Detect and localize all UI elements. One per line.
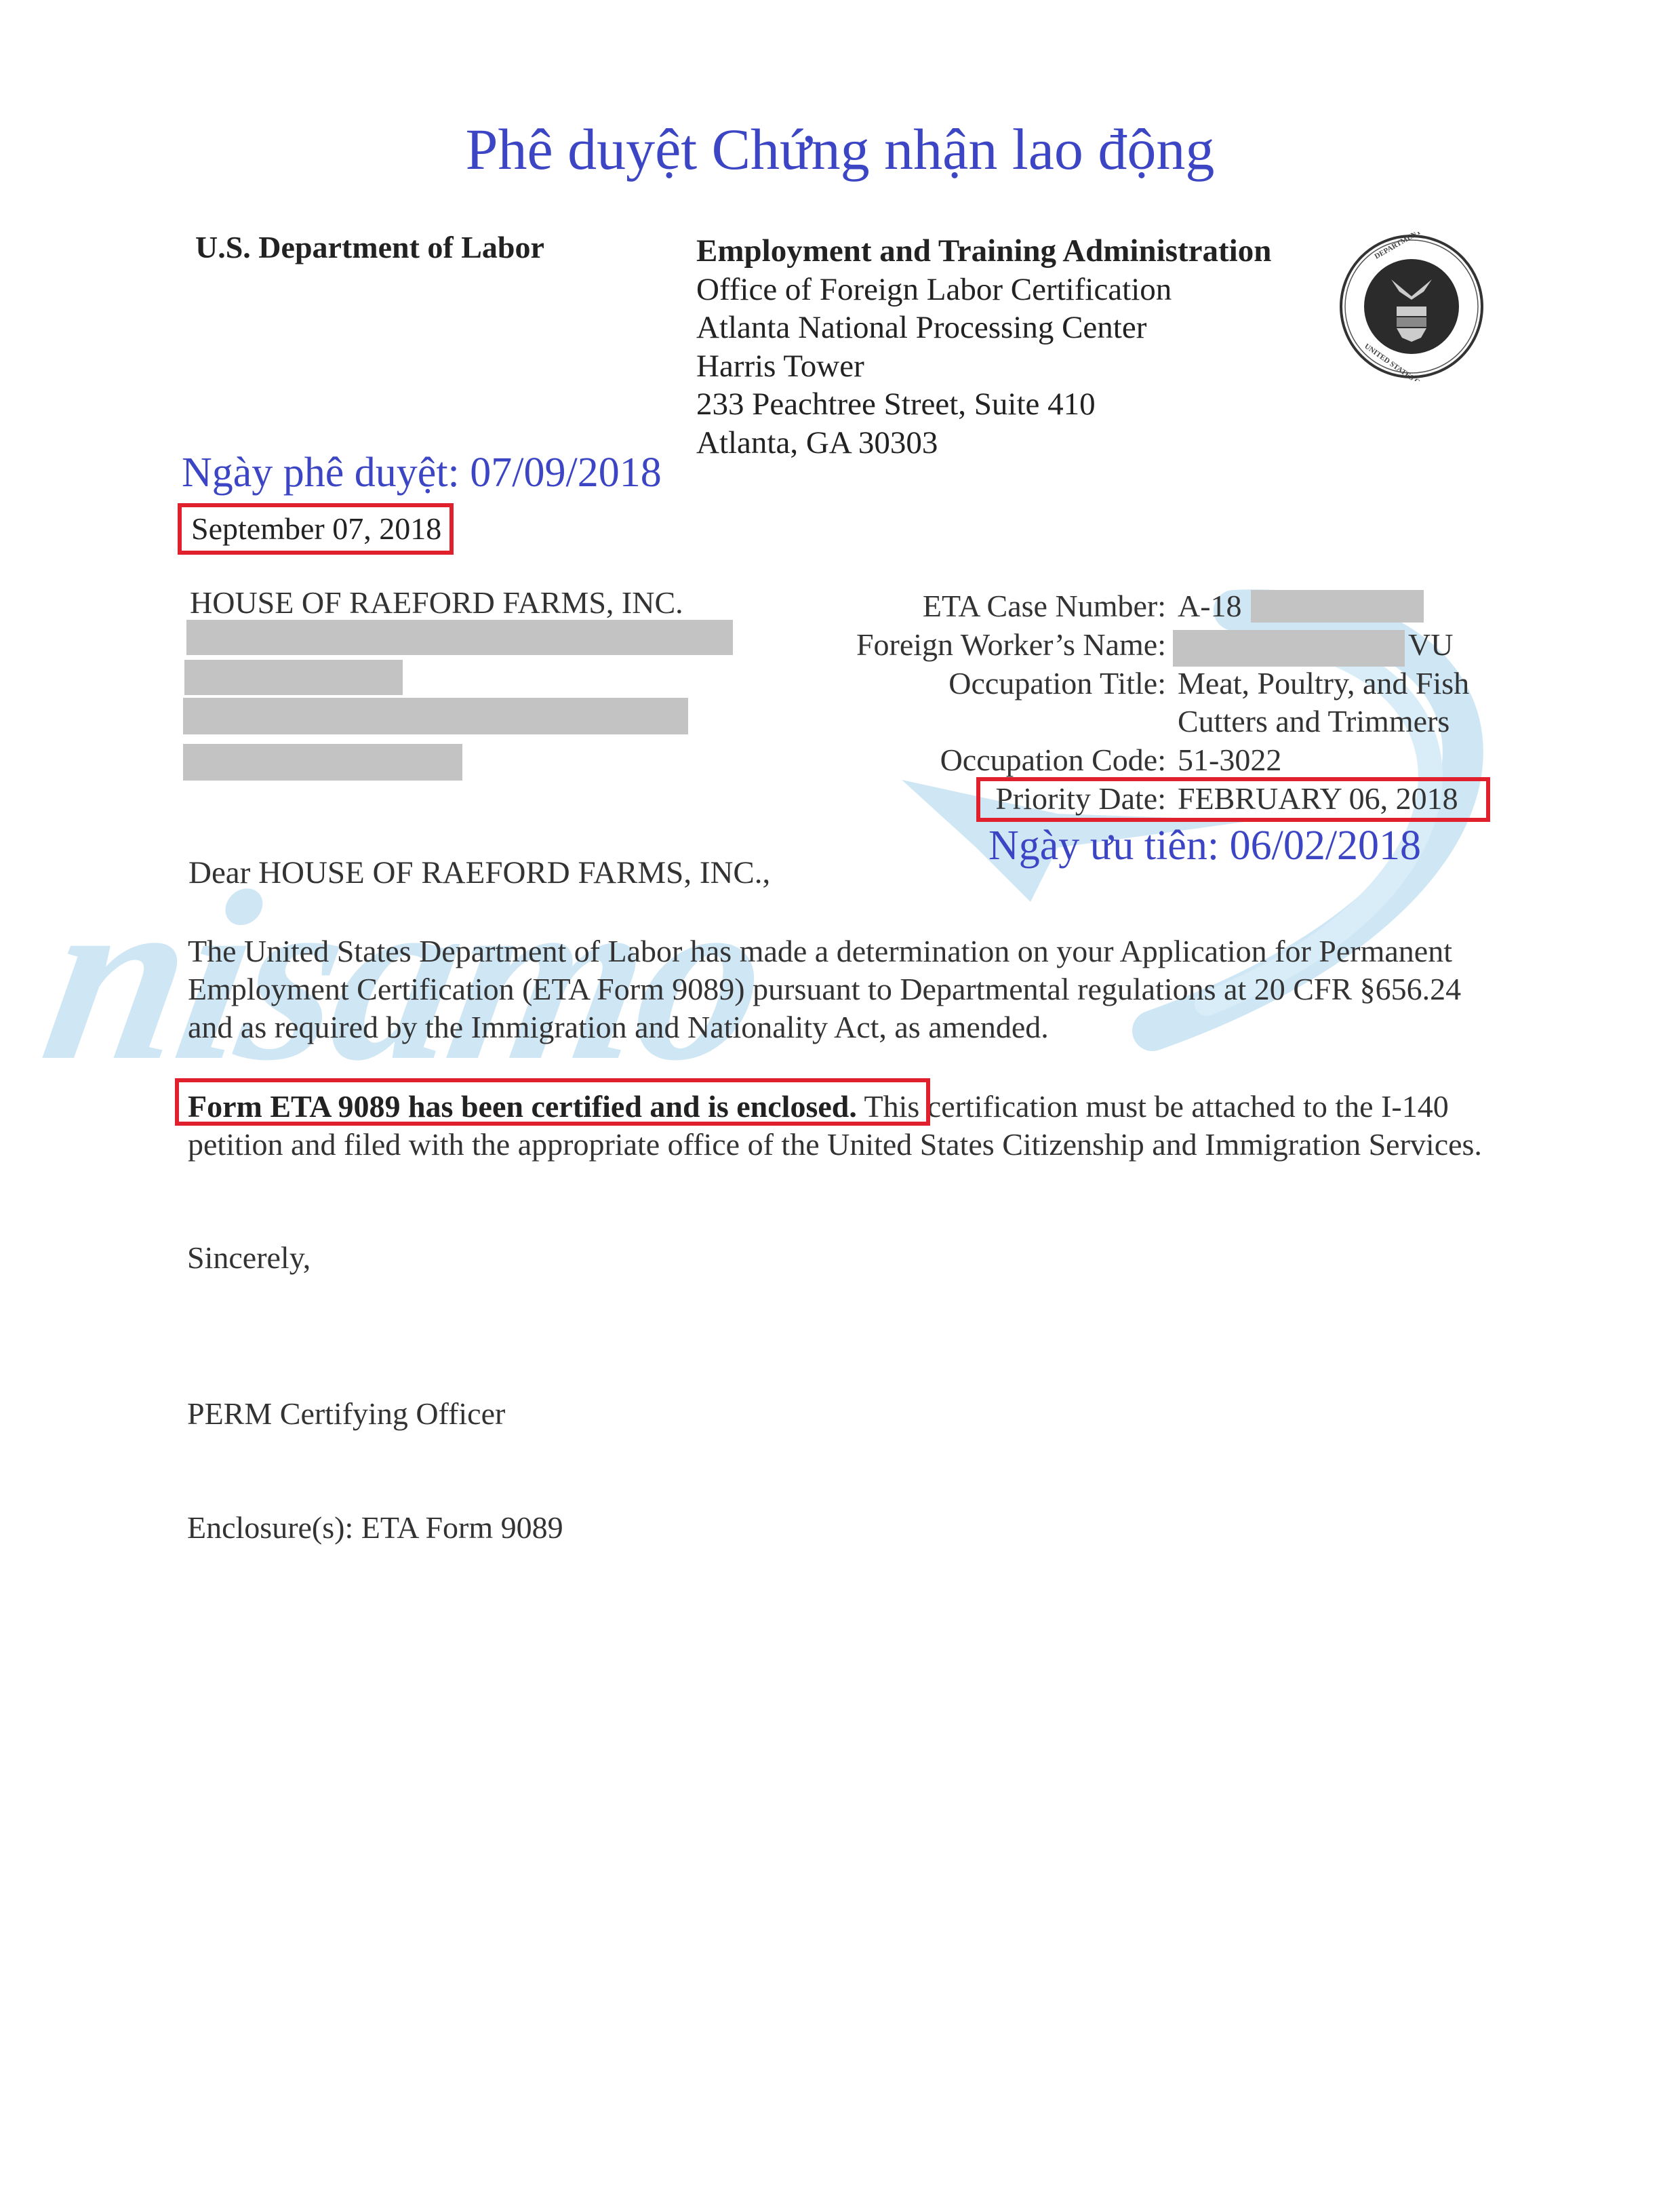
occupation-code-value: 51-3022 <box>1178 741 1469 780</box>
salutation: Dear HOUSE OF RAEFORD FARMS, INC., <box>188 854 770 891</box>
page-title: Phê duyệt Chứng nhận lao động <box>0 115 1680 183</box>
redacted-address-line <box>186 620 733 655</box>
redacted-worker-name <box>1173 630 1405 667</box>
agency-address-block: Employment and Training Administration O… <box>696 232 1271 462</box>
address-line: Atlanta National Processing Center <box>696 309 1271 347</box>
address-line: 233 Peachtree Street, Suite 410 <box>696 385 1271 424</box>
occupation-title-label: Occupation Title: <box>800 665 1166 703</box>
enclosure-line: Enclosure(s): ETA Form 9089 <box>187 1510 563 1545</box>
department-of-labor-seal-icon: DEPARTMENT OF LABOR UNITED STATES OF AME… <box>1337 232 1486 381</box>
approval-date-annotation: Ngày phê duyệt: 07/09/2018 <box>182 449 662 497</box>
occupation-title-value: Meat, Poultry, and Fish <box>1178 665 1469 703</box>
redacted-address-line <box>183 744 462 781</box>
letter-date: September 07, 2018 <box>178 503 454 555</box>
case-number-label: ETA Case Number: <box>800 587 1166 626</box>
occupation-code-label: Occupation Code: <box>800 741 1166 780</box>
address-line: Harris Tower <box>696 347 1271 386</box>
worker-name-label: Foreign Worker’s Name: <box>800 626 1166 665</box>
department-name: U.S. Department of Labor <box>195 229 544 265</box>
redacted-case-number <box>1251 590 1424 623</box>
agency-name: Employment and Training Administration <box>696 232 1271 271</box>
determination-paragraph: The United States Department of Labor ha… <box>188 932 1510 1046</box>
signatory: PERM Certifying Officer <box>187 1396 505 1432</box>
employer-name: HOUSE OF RAEFORD FARMS, INC. <box>190 585 683 620</box>
redacted-address-line <box>184 660 403 695</box>
address-line: Office of Foreign Labor Certification <box>696 271 1271 309</box>
redacted-address-line <box>183 698 688 734</box>
priority-date-highlight <box>976 777 1490 822</box>
closing: Sincerely, <box>187 1240 311 1276</box>
occupation-title-value-line2: Cutters and Trimmers <box>1178 703 1469 741</box>
certified-statement-highlight <box>175 1078 930 1126</box>
address-line: Atlanta, GA 30303 <box>696 424 1271 462</box>
priority-date-annotation: Ngày ưu tiên: 06/02/2018 <box>988 822 1421 870</box>
